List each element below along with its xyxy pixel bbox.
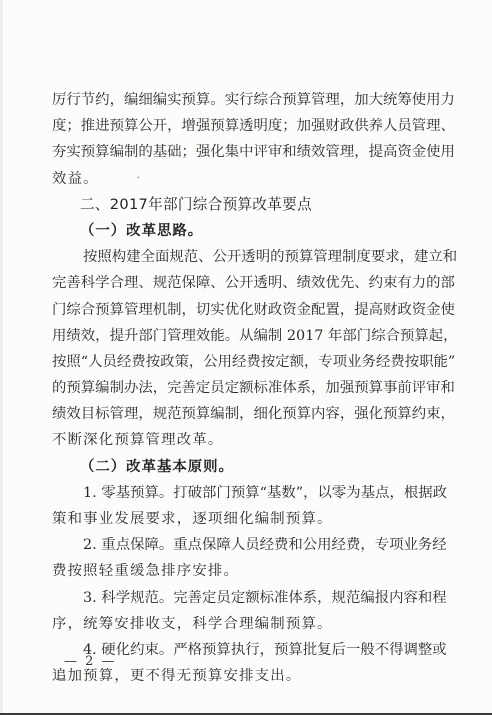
body-line: 夯实预算编制的基础；强化集中评审和绩效管理，提高资金使用 xyxy=(52,139,445,165)
page-number: — 2 — xyxy=(64,654,117,669)
paragraph-line: 门综合预算管理机制，切实优化财政资金配置，提高财政资金使 xyxy=(52,297,445,323)
body-line: 厉行节约，编细编实预算。实行综合预算管理，加大统筹使用力 xyxy=(52,87,445,113)
principle-item-2-first: 2. 重点保障。重点保障人员经费和公用经费，专项业务经 xyxy=(52,532,445,558)
principle-item-2-rest: 费按照轻重缓急排序安排。 xyxy=(52,558,445,584)
principle-item-3-rest: 序，统筹安排收支，科学合理编制预算。 xyxy=(52,611,445,637)
body-line: 度；推进预算公开，增强预算透明度；加强财政供养人员管理、 xyxy=(52,113,445,139)
paragraph-line: 的预算编制办法，完善定员定额标准体系，加强预算事前评审和 xyxy=(52,375,445,401)
body-line-text: 效益。 xyxy=(52,171,99,187)
principle-item-1-rest: 策和事业发展要求，逐项细化编制预算。 xyxy=(52,506,445,532)
paragraph-line: 绩效目标管理，规范预算编制，细化预算内容，强化预算约束， xyxy=(52,401,445,427)
paragraph-line: 用绩效，提升部门管理效能。从编制 2017 年部门综合预算起， xyxy=(52,323,445,349)
body-line-last: 效益。· xyxy=(52,166,445,192)
stray-mark: · xyxy=(137,166,141,192)
section-heading: 二、2017年部门综合预算改革要点 xyxy=(52,192,445,218)
paragraph-line-last: 不断深化预算管理改革。 xyxy=(52,427,445,453)
document-page: 厉行节约，编细编实预算。实行综合预算管理，加大统筹使用力 度；推进预算公开，增强… xyxy=(0,0,492,713)
subsection-heading-1: （一）改革思路。 xyxy=(52,218,445,244)
subsection-heading-2: （二）改革基本原则。 xyxy=(52,454,445,480)
paragraph-line: 按照构建全面规范、公开透明的预算管理制度要求，建立和 xyxy=(52,244,445,270)
paragraph-line: 按照“人员经费按政策，公用经费按定额，专项业务经费按职能” xyxy=(52,349,445,375)
page-left-edge xyxy=(0,0,3,713)
principle-item-3-first: 3. 科学规范。完善定员定额标准体系，规范编报内容和程 xyxy=(52,585,445,611)
document-body: 厉行节约，编细编实预算。实行综合预算管理，加大统筹使用力 度；推进预算公开，增强… xyxy=(52,87,445,689)
paragraph-line: 完善科学合理、规范保障、公开透明、绩效优先、约束有力的部 xyxy=(52,270,445,296)
principle-item-1-first: 1. 零基预算。打破部门预算“基数”，以零为基点，根据政 xyxy=(52,480,445,506)
